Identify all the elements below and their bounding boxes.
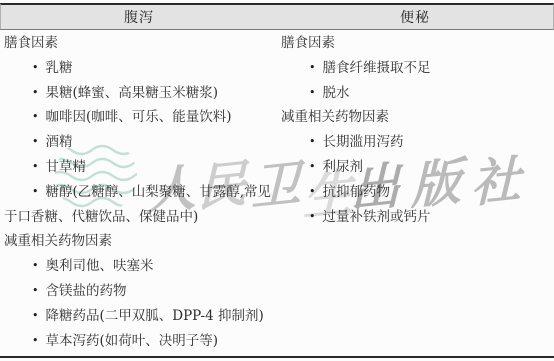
bullet-icon: • xyxy=(309,56,316,81)
bullet-icon: • xyxy=(32,254,39,279)
document-page: 人民卫生出版社 腹泻 便秘 膳食因素 •乳糖 •果糖(蜂蜜、高果糖玉米糖浆) •… xyxy=(0,0,554,361)
section-title: 膳食因素 xyxy=(281,31,550,56)
list-item-text: 脱水 xyxy=(323,85,350,101)
section-title: 减重相关药物因素 xyxy=(281,105,550,130)
bullet-icon: • xyxy=(32,105,39,130)
list-item: •抗抑郁药物 xyxy=(281,180,550,205)
list-item-text: 含镁盐的药物 xyxy=(46,283,127,299)
list-item: •果糖(蜂蜜、高果糖玉米糖浆) xyxy=(4,81,273,106)
list-item-text: 草本泻药(如荷叶、决明子等) xyxy=(46,333,219,349)
list-item: •糖醇(乙糖醇、山梨聚糖、甘露醇,常见于口香糖、代糖饮品、保健品中) xyxy=(4,180,273,230)
column-diarrhea: 膳食因素 •乳糖 •果糖(蜂蜜、高果糖玉米糖浆) •咖啡因(咖啡、可乐、能量饮料… xyxy=(0,30,277,353)
section-title: 膳食因素 xyxy=(4,31,273,56)
bullet-icon: • xyxy=(309,180,316,205)
table-body: 膳食因素 •乳糖 •果糖(蜂蜜、高果糖玉米糖浆) •咖啡因(咖啡、可乐、能量饮料… xyxy=(0,30,554,353)
table-bottom-rule xyxy=(0,356,554,358)
list-item-text: 过量补铁剂或钙片 xyxy=(323,209,431,225)
list-item: •奥利司他、呋塞米 xyxy=(4,254,273,279)
column-header-constipation: 便秘 xyxy=(277,5,553,29)
list-item-text: 糖醇(乙糖醇、山梨聚糖、甘露醇,常见于口香糖、代糖饮品、保健品中) xyxy=(4,184,271,225)
factors-table: 腹泻 便秘 膳食因素 •乳糖 •果糖(蜂蜜、高果糖玉米糖浆) •咖啡因(咖啡、可… xyxy=(0,3,554,353)
list-item-text: 降糖药品(二甲双胍、DPP-4 抑制剂) xyxy=(46,308,264,324)
list-item-text: 抗抑郁药物 xyxy=(323,184,391,200)
list-item-text: 利尿剂 xyxy=(323,159,364,175)
list-item: •含镁盐的药物 xyxy=(4,279,273,304)
table-header-row: 腹泻 便秘 xyxy=(0,3,554,30)
bullet-icon: • xyxy=(32,81,39,106)
list-item: •甘草精 xyxy=(4,155,273,180)
column-constipation: 膳食因素 •膳食纤维摄取不足 •脱水 减重相关药物因素 •长期滥用泻药 •利尿剂… xyxy=(277,30,554,353)
bullet-icon: • xyxy=(309,81,316,106)
list-item: •降糖药品(二甲双胍、DPP-4 抑制剂) xyxy=(4,304,273,329)
list-item-text: 酒精 xyxy=(46,134,73,150)
list-item: •草本泻药(如荷叶、决明子等) xyxy=(4,329,273,354)
list-item-text: 长期滥用泻药 xyxy=(323,134,404,150)
bullet-icon: • xyxy=(32,279,39,304)
column-header-diarrhea: 腹泻 xyxy=(1,5,277,29)
list-item: •酒精 xyxy=(4,130,273,155)
list-item: •咖啡因(咖啡、可乐、能量饮料) xyxy=(4,105,273,130)
section-title: 减重相关药物因素 xyxy=(4,229,273,254)
bullet-icon: • xyxy=(309,205,316,230)
bullet-icon: • xyxy=(32,155,39,180)
bullet-icon: • xyxy=(309,155,316,180)
bullet-icon: • xyxy=(32,56,39,81)
list-item-text: 果糖(蜂蜜、高果糖玉米糖浆) xyxy=(46,85,219,101)
bullet-icon: • xyxy=(32,130,39,155)
list-item-text: 膳食纤维摄取不足 xyxy=(323,60,431,76)
list-item: •长期滥用泻药 xyxy=(281,130,550,155)
list-item-text: 乳糖 xyxy=(46,60,73,76)
list-item: •脱水 xyxy=(281,81,550,106)
list-item-text: 奥利司他、呋塞米 xyxy=(46,258,154,274)
list-item-text: 咖啡因(咖啡、可乐、能量饮料) xyxy=(46,109,232,125)
bullet-icon: • xyxy=(32,180,39,205)
list-item-text: 甘草精 xyxy=(46,159,87,175)
list-item: •膳食纤维摄取不足 xyxy=(281,56,550,81)
list-item: •过量补铁剂或钙片 xyxy=(281,205,550,230)
bullet-icon: • xyxy=(32,329,39,354)
bullet-icon: • xyxy=(309,130,316,155)
bullet-icon: • xyxy=(32,304,39,329)
list-item: •乳糖 xyxy=(4,56,273,81)
list-item: •利尿剂 xyxy=(281,155,550,180)
